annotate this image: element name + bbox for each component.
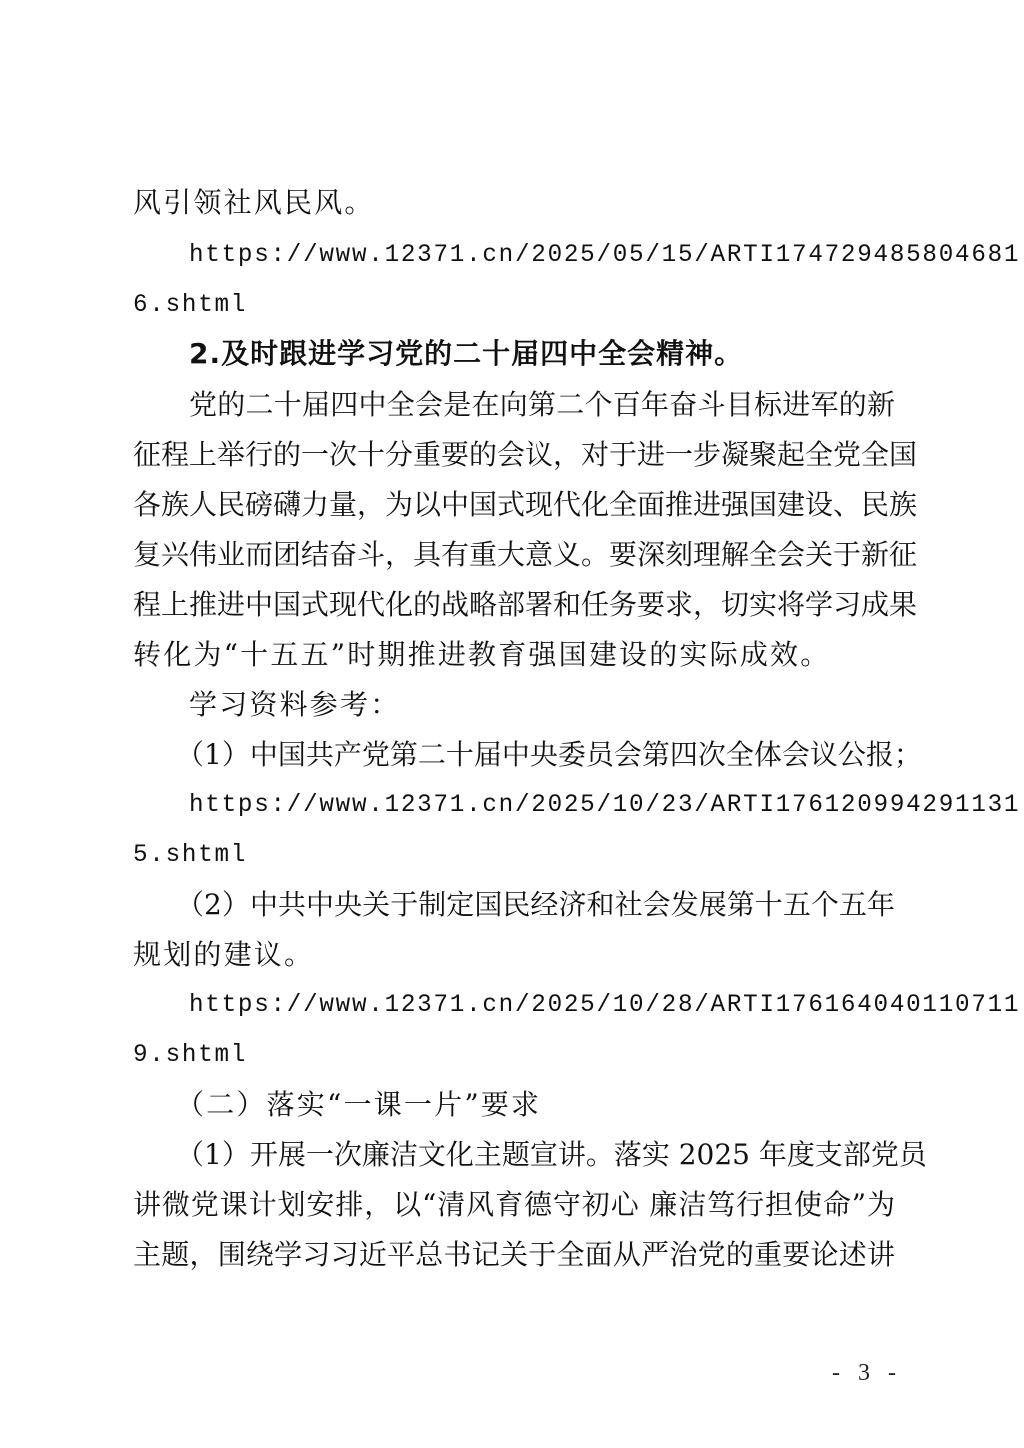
- reference-item-1: （1）中国共产党第二十届中央委员会第四次全体会议公报；: [176, 738, 895, 772]
- body-text-line: （1）开展一次廉洁文化主题宣讲。落实 2025 年度支部党员: [176, 1138, 895, 1172]
- body-text-line: 转化为“十五五”时期推进教育强国建设的实际成效。: [133, 638, 895, 672]
- reference-link-1-continuation[interactable]: 6.shtml: [133, 288, 872, 322]
- reference-link-3[interactable]: https://www.12371.cn/2025/10/28/ARTI1761…: [189, 988, 874, 1022]
- section-heading-er: （二）落实“一课一片”要求: [176, 1088, 938, 1122]
- reference-link-3-continuation[interactable]: 9.shtml: [133, 1038, 872, 1072]
- reference-label: 学习资料参考：: [189, 688, 895, 722]
- body-text-line: 讲微党课计划安排，以“清风育德守初心 廉洁笃行担使命”为: [133, 1188, 895, 1222]
- body-text-line: 程上推进中国式现代化的战略部署和任务要求，切实将学习成果: [133, 588, 895, 622]
- body-text-line: 复兴伟业而团结奋斗，具有重大意义。要深刻理解全会关于新征: [133, 538, 895, 572]
- reference-item-2-continuation: 规划的建议。: [133, 938, 895, 972]
- body-text-line: 党的二十届四中全会是在向第二个百年奋斗目标进军的新: [189, 388, 895, 422]
- body-text-line: 各族人民磅礴力量，为以中国式现代化全面推进强国建设、民族: [133, 488, 895, 522]
- section-heading-2: 2.及时跟进学习党的二十届四中全会精神。: [189, 337, 895, 371]
- reference-link-2-continuation[interactable]: 5.shtml: [133, 838, 872, 872]
- body-text-line: 主题，围绕学习习近平总书记关于全面从严治党的重要论述讲: [133, 1238, 895, 1272]
- paragraph-continuation: 风引领社风民风。: [133, 186, 895, 220]
- document-page: 风引领社风民风。 https://www.12371.cn/2025/05/15…: [0, 0, 1024, 1448]
- reference-link-2[interactable]: https://www.12371.cn/2025/10/23/ARTI1761…: [189, 788, 874, 822]
- body-text-line: 征程上举行的一次十分重要的会议，对于进一步凝聚起全党全国: [133, 438, 895, 472]
- reference-item-2: （2）中共中央关于制定国民经济和社会发展第十五个五年: [176, 888, 895, 922]
- page-number: - 3 -: [832, 1360, 902, 1387]
- reference-link-1[interactable]: https://www.12371.cn/2025/05/15/ARTI1747…: [189, 238, 874, 272]
